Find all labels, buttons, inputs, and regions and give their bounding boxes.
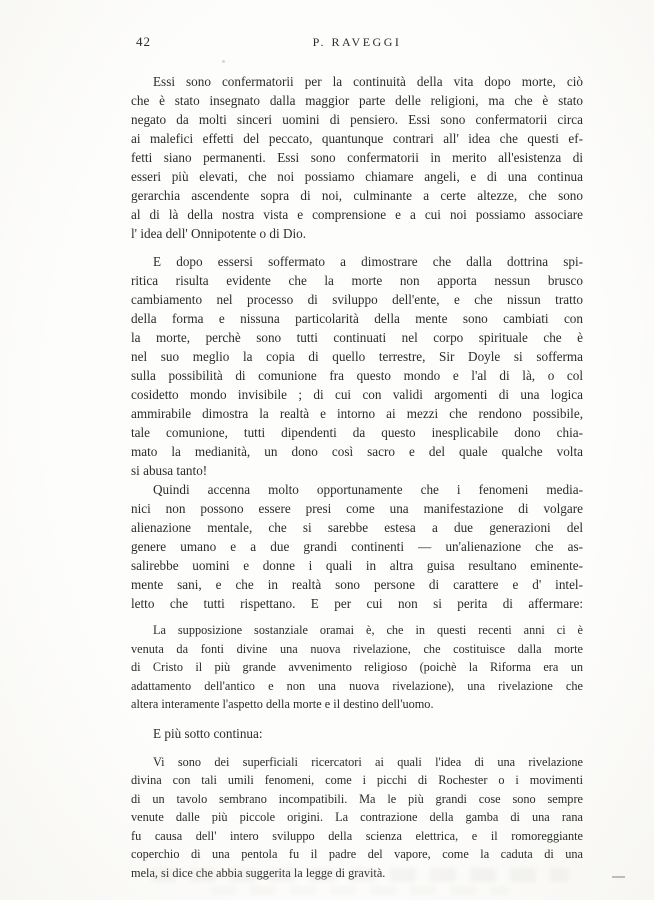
text-line: Vi sono dei superficiali ricercatori ai … [131,753,583,772]
text-line: venuta da fonti divine una nuova rivelaz… [131,640,583,659]
text-line: altera interamente l'aspetto della morte… [131,695,583,714]
text-line: La supposizione sostanziale oramai è, ch… [131,621,583,640]
text-line: nici non possono essere presi come una m… [131,499,583,518]
text-line: la morte, perchè sono tutti continuati n… [131,328,583,347]
bleed-through-ghost [150,868,570,882]
text-line: cosidetto mondo invisibile ; di cui con … [131,385,583,404]
page-header: 42 P. RAVEGGI [131,34,583,51]
text-line: Essi sono confermatorii per la continuit… [131,72,583,91]
text-line: cambiamento nel processo di sviluppo del… [131,290,583,309]
text-line: letto che tutti rispettano. E per cui no… [131,594,583,613]
margin-dash-artifact [612,876,625,878]
text-line: divina con tali umili fenomeni, come i p… [131,771,583,790]
text-line: di un tavolo sembrano incompatibili. Ma … [131,790,583,809]
text-line: l' idea dell' Onnipotente o di Dio. [131,224,583,243]
block-quote: La supposizione sostanziale oramai è, ch… [131,621,583,714]
scan-speck-artifact [222,60,225,63]
text-line: negato da molti sinceri uomini di pensie… [131,110,583,129]
text-line: della forma e nissuna particolarità dell… [131,309,583,328]
text-line: genere umano e a due grandi continenti —… [131,537,583,556]
text-line: sulla possibilità di comunione fra quest… [131,366,583,385]
text-line: mente sani, e che in realtà sono persone… [131,575,583,594]
text-line: venute dalle più piccole origini. La con… [131,808,583,827]
text-line: alienazione mentale, che si sarebbe este… [131,518,583,537]
text-line: mato la medianità, un dono così sacro e … [131,442,583,461]
paragraph: Quindi accenna molto opportunamente che … [131,480,583,613]
text-line: ritica risulta evidente che la morte non… [131,271,583,290]
scanned-book-page: 42 P. RAVEGGI Essi sono confermatorii pe… [0,0,654,900]
text-line: al di là della nostra vista e comprensio… [131,205,583,224]
text-column: Essi sono confermatorii per la continuit… [131,72,583,882]
text-line: di Cristo il più grande avvenimento reli… [131,658,583,677]
bleed-through-ghost [210,886,510,895]
block-quote: Vi sono dei superficiali ricercatori ai … [131,753,583,883]
text-line: nel suo meglio la copia di quello terres… [131,347,583,366]
text-line: ai malefici effetti del peccato, quantun… [131,129,583,148]
text-line: gerarchia ascendente sopra di noi, culmi… [131,186,583,205]
text-line: fetti siano permanenti. Essi sono confer… [131,148,583,167]
text-line: ammirabile dimostra la realtà e intorno … [131,404,583,423]
paragraph: E più sotto continua: [131,724,583,743]
text-line: adattamento dell'antico e non una nuova … [131,677,583,696]
text-line: coperchio di una pentola fu il padre del… [131,845,583,864]
text-line: E più sotto continua: [131,724,583,743]
text-line: fu causa dell' intero sviluppo della sci… [131,827,583,846]
text-line: esseri più elevati, che noi possiamo chi… [131,167,583,186]
text-line: che è stato insegnato dalla maggior part… [131,91,583,110]
text-line: salirebbe uomini e donne i quali in altr… [131,556,583,575]
text-line: si abusa tanto! [131,461,583,480]
paragraph: Essi sono confermatorii per la continuit… [131,72,583,243]
content-column: 42 P. RAVEGGI Essi sono confermatorii pe… [131,34,583,882]
running-header-author: P. RAVEGGI [131,35,583,50]
text-line: tale comunione, tutti dipendenti da ques… [131,423,583,442]
text-line: E dopo essersi soffermato a dimostrare c… [131,252,583,271]
text-line: Quindi accenna molto opportunamente che … [131,480,583,499]
paragraph: E dopo essersi soffermato a dimostrare c… [131,252,583,480]
